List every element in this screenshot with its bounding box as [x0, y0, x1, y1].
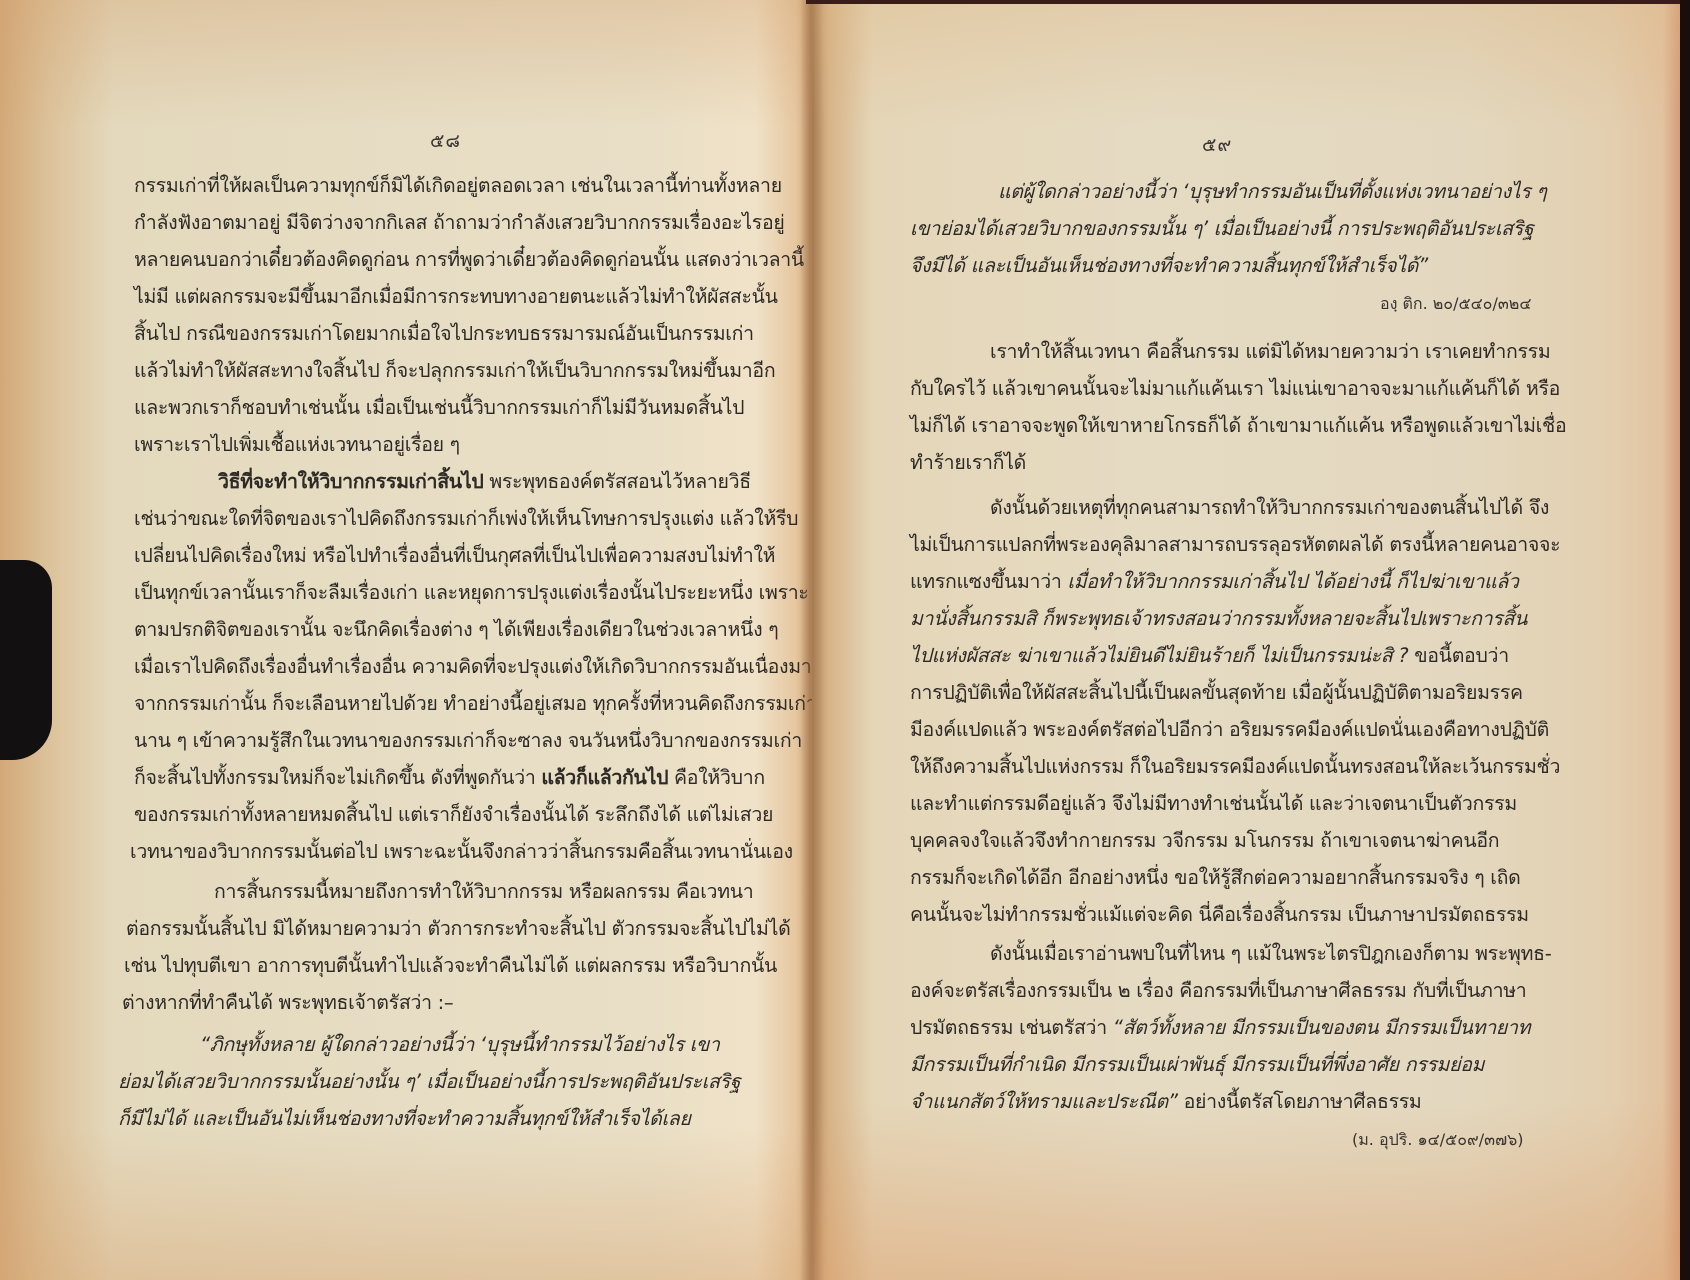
italic-line: มีกรรมเป็นที่กำเนิด มีกรรมเป็นเผ่าพันธุ์…	[910, 1049, 1484, 1080]
text-line: เราทำให้สิ้นเวทนา คือสิ้นกรรม แต่มิได้หม…	[990, 336, 1550, 367]
text-span: ขอนี้ตอบว่า	[1408, 644, 1509, 667]
text-line: ดังนั้นด้วยเหตุที่ทุกคนสามารถทำให้วิบากก…	[990, 492, 1549, 523]
text-line-mixed: ปรมัตถธรรม เช่นตรัสว่า “สัตว์ทั้งหลาย มี…	[910, 1012, 1530, 1043]
text-line: ไม่เป็นการแปลกที่พระองคุลิมาลสามารถบรรลุ…	[910, 529, 1560, 560]
italic-line: มานั่งสิ้นกรรมสิ ก็พระพุทธเจ้าทรงสอนว่าก…	[910, 603, 1527, 634]
quote-line: จึงมีได้ และเป็นอันเห็นช่องทางที่จะทำควา…	[910, 250, 1428, 281]
text-span: อย่างนี้ตรัสโดยภาษาศีลธรรม	[1178, 1090, 1422, 1113]
text-span: ปรมัตถธรรม เช่นตรัสว่า	[910, 1016, 1113, 1039]
text-line: กรรมก็จะเกิดได้อีก อีกอย่างหนึ่ง ขอให้รู…	[910, 862, 1521, 893]
cover-edge-right	[1680, 0, 1690, 1280]
italic-span: “สัตว์ทั้งหลาย มีกรรมเป็นของตน มีกรรมเป็…	[1113, 1016, 1530, 1039]
text-line: ไม่มี แต่ผลกรรมจะมีขึ้นมาอีกเมื่อมีการกร…	[134, 281, 778, 312]
text-line-with-bold: ก็จะสิ้นไปทั้งกรรมใหม่ก็จะไม่เกิดขึ้น ดั…	[134, 762, 765, 793]
text-line: ให้ถึงความสิ้นไปแห่งกรรม ก็ในอริยมรรคมีอ…	[910, 751, 1560, 782]
bold-phrase: แล้วก็แล้วกันไป	[541, 766, 668, 789]
text-span: พระพุทธองค์ตรัสสอนไว้หลายวิธี	[483, 470, 750, 493]
italic-span: จำแนกสัตว์ให้ทรามและประณีต”	[910, 1090, 1178, 1113]
text-line: และทำแต่กรรมดีอยู่แล้ว จึงไม่มีทางทำเช่น…	[910, 788, 1517, 819]
page-number-left: ๕๘	[430, 126, 461, 156]
left-page: ๕๘ กรรมเก่าที่ให้ผลเป็นความทุกข์ก็มิได้เ…	[0, 0, 812, 1280]
text-line: ตามปรกติจิตของเรานั้น จะนึกคิดเรื่องต่าง…	[134, 614, 778, 645]
text-span: ก็จะสิ้นไปทั้งกรรมใหม่ก็จะไม่เกิดขึ้น ดั…	[134, 766, 541, 789]
quote-line: “ภิกษุทั้งหลาย ผู้ใดกล่าวอย่างนี้ว่า ‘บุ…	[200, 1029, 720, 1060]
text-line: สิ้นไป กรณีของกรรมเก่าโดยมากเมื่อใจไปกระ…	[134, 318, 754, 349]
text-line: องค์จะตรัสเรื่องกรรมเป็น ๒ เรื่อง คือกรร…	[910, 975, 1526, 1006]
text-line-mixed: จำแนกสัตว์ให้ทรามและประณีต” อย่างนี้ตรัส…	[910, 1086, 1421, 1117]
text-line: เวทนาของวิบากกรรมนั้นต่อไป เพราะฉะนั้นจึ…	[130, 836, 793, 867]
paragraph-heading-line: วิธีที่จะทำให้วิบากกรรมเก่าสิ้นไป พระพุท…	[218, 466, 751, 497]
quote-line: แต่ผู้ใดกล่าวอย่างนี้ว่า ‘บุรุษทำกรรมอัน…	[998, 176, 1547, 207]
text-line: ไม่ก็ได้ เราอาจจะพูดให้เขาหายโกรธก็ได้ ถ…	[910, 410, 1566, 441]
quote-line: ก็มีไม่ได้ และเป็นอันไม่เห็นช่องทางที่จะ…	[118, 1103, 691, 1134]
text-line-mixed: ไปแห่งผัสสะ ฆ่าเขาแล้วไม่ยินดีไม่ยินร้าย…	[910, 640, 1509, 671]
text-line: บุคคลจงใจแล้วจึงทำกายกรรม วจีกรรม มโนกรร…	[910, 825, 1499, 856]
italic-span: เมื่อทำให้วิบากกรรมเก่าสิ้นไป ได้อย่างนี…	[1067, 570, 1518, 593]
text-span: แทรกแซงขึ้นมาว่า	[910, 570, 1067, 593]
quote-line: ย่อมได้เสวยวิบากกรรมนั้นอย่างนั้น ๆ’ เมื…	[118, 1066, 740, 1097]
text-span: คือให้วิบาก	[668, 766, 765, 789]
text-line: เช่น ไปทุบตีเขา อาการทุบตีนั้นทำไปแล้วจะ…	[124, 950, 777, 981]
text-line: เพราะเราไปเพิ่มเชื้อแห่งเวทนาอยู่เรื่อย …	[134, 429, 460, 460]
citation-reference: (ม. อุปริ. ๑๔/๕๐๙/๓๗๖)	[1352, 1128, 1524, 1153]
citation-reference: องฺ ติก. ๒๐/๕๔๐/๓๒๔	[1380, 292, 1531, 317]
text-line: จากกรรมเก่านั้น ก็จะเลือนหายไปด้วย ทำอย่…	[134, 688, 816, 719]
text-line: เมื่อเราไปคิดถึงเรื่องอื่นทำเรื่องอื่น ค…	[134, 651, 811, 682]
text-line: กรรมเก่าที่ให้ผลเป็นความทุกข์ก็มิได้เกิด…	[134, 170, 782, 201]
right-page: ๕๙ แต่ผู้ใดกล่าวอย่างนี้ว่า ‘บุรุษทำกรรม…	[812, 0, 1680, 1280]
page-number-right: ๕๙	[1202, 130, 1232, 160]
text-line: เช่นว่าขณะใดที่จิตของเราไปคิดถึงกรรมเก่า…	[134, 503, 798, 534]
text-line: แล้วไม่ทำให้ผัสสะทางใจสิ้นไป ก็จะปลุกกรร…	[134, 355, 775, 386]
text-line: หลายคนบอกว่าเดี๋ยวต้องคิดดูก่อน การที่พู…	[134, 244, 804, 275]
section-heading: วิธีที่จะทำให้วิบากกรรมเก่าสิ้นไป	[218, 470, 483, 493]
text-line: การสิ้นกรรมนี้หมายถึงการทำให้วิบากกรรม ห…	[214, 876, 753, 907]
cover-edge-top	[806, 0, 1680, 4]
text-line: ต่างหากที่ทำคืนได้ พระพุทธเจ้าตรัสว่า :–	[122, 987, 453, 1018]
binder-clip	[0, 560, 52, 760]
text-line: เปลี่ยนไปคิดเรื่องใหม่ หรือไปทำเรื่องอื่…	[134, 540, 775, 571]
text-line: คนนั้นจะไม่ทำกรรมชั่วแม้แต่จะคิด นี่คือเ…	[910, 899, 1529, 930]
text-line: กำลังฟังอาตมาอยู่ มีจิตว่างจากกิเลส ถ้าถ…	[134, 207, 785, 238]
italic-span: ไปแห่งผัสสะ ฆ่าเขาแล้วไม่ยินดีไม่ยินร้าย…	[910, 644, 1408, 667]
text-line-mixed: แทรกแซงขึ้นมาว่า เมื่อทำให้วิบากกรรมเก่า…	[910, 566, 1519, 597]
book-gutter	[800, 0, 824, 1280]
text-line: นาน ๆ เข้าความรู้สึกในเวทนาของกรรมเก่าก็…	[134, 725, 802, 756]
text-line: การปฏิบัติเพื่อให้ผัสสะสิ้นไปนี้เป็นผลขั…	[910, 677, 1523, 708]
text-line: ดังนั้นเมื่อเราอ่านพบในที่ไหน ๆ แม้ในพระ…	[990, 938, 1551, 969]
text-line: มีองค์แปดแล้ว พระองค์ตรัสต่อไปอีกว่า อริ…	[910, 714, 1549, 745]
text-line: และพวกเราก็ชอบทำเช่นนั้น เมื่อเป็นเช่นนี…	[134, 392, 744, 423]
quote-line: เขาย่อมได้เสวยวิบากของกรรมนั้น ๆ’ เมื่อเ…	[910, 213, 1533, 244]
text-line: ของกรรมเก่าทั้งหลายหมดสิ้นไป แต่เราก็ยัง…	[134, 799, 773, 830]
text-line: ต่อกรรมนั้นสิ้นไป มิได้หมายความว่า ตัวกา…	[126, 913, 790, 944]
text-line: ทำร้ายเราก็ได้	[910, 447, 1026, 478]
text-line: กับใครไว้ แล้วเขาคนนั้นจะไม่มาแก้แค้นเรา…	[910, 373, 1560, 404]
text-line: เป็นทุกข์เวลานั้นเราก็จะลืมเรื่องเก่า แล…	[134, 577, 809, 608]
